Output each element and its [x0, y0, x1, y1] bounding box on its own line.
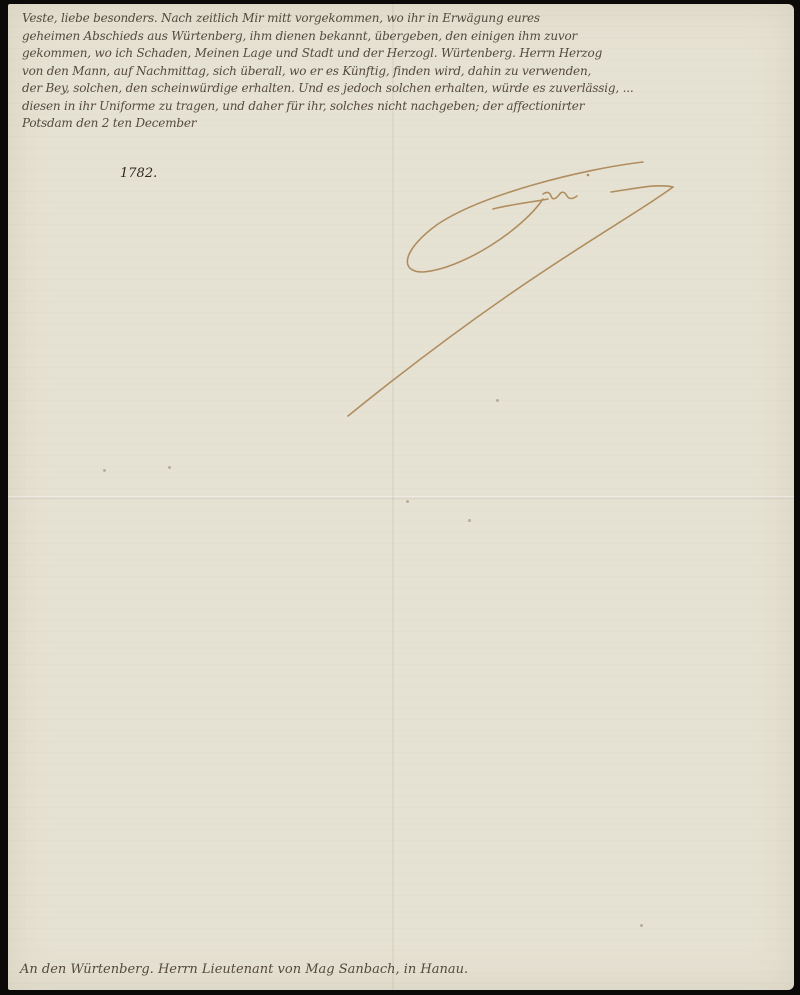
letter-line: von den Mann, auf Nachmittag, sich übera… — [22, 63, 800, 81]
letter-date-line: Potsdam den 2 ten December — [22, 115, 800, 133]
paper-speck — [496, 399, 499, 402]
paper-speck — [640, 924, 643, 927]
paper-speck — [406, 500, 409, 503]
address-line: An den Würtenberg. Herrn Lieutenant von … — [20, 962, 468, 977]
paper-speck — [103, 469, 106, 472]
paper-speck — [168, 466, 171, 469]
letter-line: geheimen Abschieds aus Würtenberg, ihm d… — [22, 28, 800, 46]
paper-speck — [468, 519, 471, 522]
signature-flourish — [343, 154, 688, 424]
letter-line: gekommen, wo ich Schaden, Meinen Lage un… — [22, 45, 800, 63]
horizontal-fold-line — [8, 496, 794, 499]
vertical-fold-line — [392, 4, 394, 990]
letter-year: 1782. — [120, 166, 157, 181]
letter-page: Veste, liebe besonders. Nach zeitlich Mi… — [8, 4, 794, 990]
letter-line: diesen in ihr Uniforme zu tragen, und da… — [22, 98, 800, 116]
letter-line: der Bey, solchen, den scheinwürdige erha… — [22, 80, 800, 98]
letter-line: Veste, liebe besonders. Nach zeitlich Mi… — [22, 10, 800, 28]
letter-body: Veste, liebe besonders. Nach zeitlich Mi… — [22, 10, 800, 133]
